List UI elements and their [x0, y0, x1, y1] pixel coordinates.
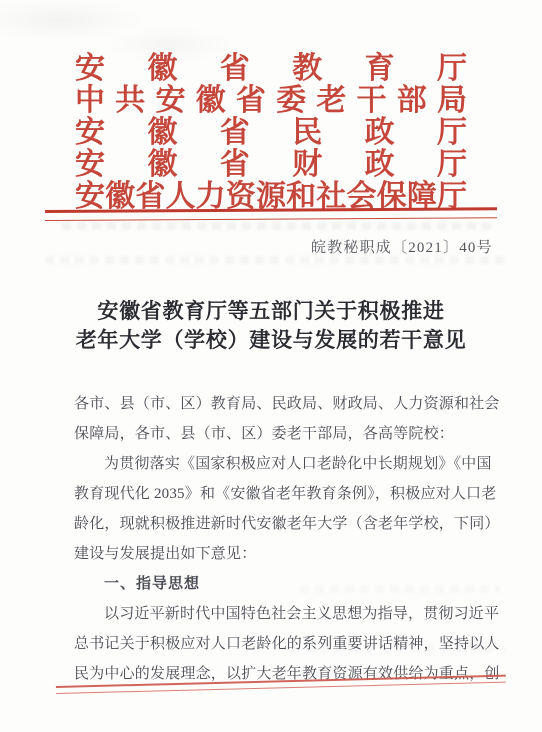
- scanned-official-document-page: 安徽省教育厅 中共安徽省委老干部局 安徽省民政厅 安徽省财政厅 安徽省人力资源和…: [0, 0, 542, 732]
- paragraph-line: 教育现代化 2035》和《安徽省老年教育条例》，积极应对人口老: [74, 479, 474, 509]
- letterhead: 安徽省教育厅 中共安徽省委老干部局 安徽省民政厅 安徽省财政厅 安徽省人力资源和…: [75, 53, 467, 213]
- paragraph-line: 龄化，现就积极推进新时代安徽老年大学（含老年学校，下同）: [74, 509, 474, 539]
- letterhead-double-rule: [45, 207, 497, 221]
- agency-name-civil-affairs-dept: 安徽省民政厅: [75, 117, 467, 149]
- document-title-line2: 老年大学（学校）建设与发展的若干意见: [0, 326, 542, 355]
- bleedthrough-artifact: [62, 222, 492, 230]
- document-number: 皖教秘职成〔2021〕40号: [311, 236, 493, 257]
- paragraph-line: 总书记关于积极应对人口老龄化的系列重要讲话精神，坚持以人: [74, 629, 474, 659]
- agency-name-education-dept: 安徽省教育厅: [75, 53, 467, 85]
- bleedthrough-artifact: [45, 256, 505, 264]
- salutation-line: 保障局，各市、县（市、区）委老干部局，各高等院校：: [74, 419, 474, 449]
- paragraph-line: 建设与发展提出如下意见：: [74, 539, 474, 569]
- document-body: 各市、县（市、区）教育局、民政局、财政局、人力资源和社会 保障局，各市、县（市、…: [74, 389, 474, 689]
- paragraph-line: 为贯彻落实《国家积极应对人口老龄化中长期规划》《中国: [74, 449, 474, 479]
- salutation-line: 各市、县（市、区）教育局、民政局、财政局、人力资源和社会: [74, 389, 474, 419]
- agency-name-veteran-cadre-bureau: 中共安徽省委老干部局: [75, 85, 467, 117]
- paragraph-line: 以习近平新时代中国特色社会主义思想为指导，贯彻习近平: [74, 599, 474, 629]
- document-title-line1: 安徽省教育厅等五部门关于积极推进: [0, 297, 542, 326]
- section-heading: 一、指导思想: [74, 569, 474, 599]
- document-title: 安徽省教育厅等五部门关于积极推进 老年大学（学校）建设与发展的若干意见: [0, 297, 542, 355]
- agency-name-finance-dept: 安徽省财政厅: [75, 149, 467, 181]
